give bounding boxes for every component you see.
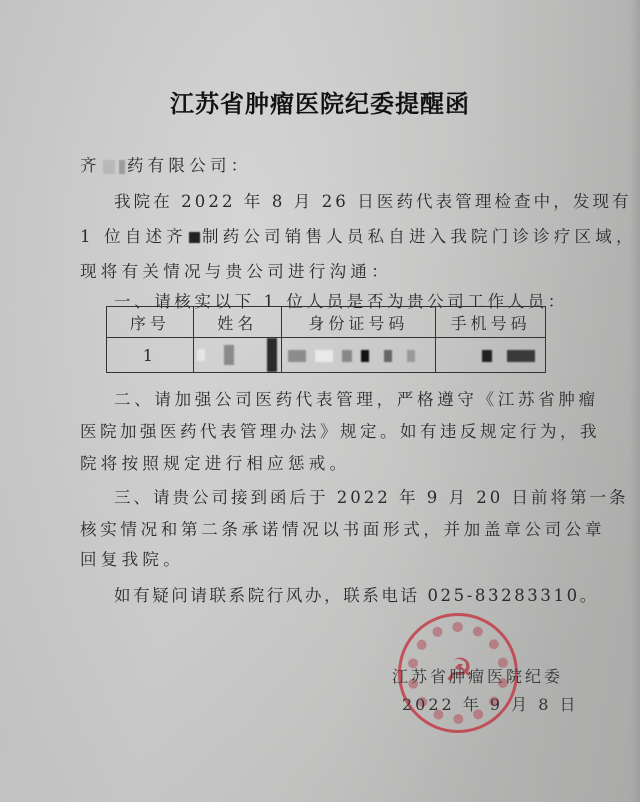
signature-org: 江苏省肿瘤医院纪委 [392, 664, 563, 687]
addressee: 齐药有限公司： [80, 152, 252, 176]
header-id-number: 身份证号码 [281, 307, 436, 338]
personnel-table: 序号 姓名 身份证号码 手机号码 1 [106, 306, 546, 373]
item-2-line-1: 二、请加强公司医药代表管理，严格遵守《江苏省肿瘤 [114, 386, 599, 410]
item-3-line-1: 三、请贵公司接到函后于 2022 年 9 月 20 日前将第一条 [114, 484, 628, 508]
redacted-company-name-2 [119, 160, 125, 174]
item-3-line-3: 回复我院。 [80, 546, 184, 570]
paragraph-1-line-3: 现将有关情况与贵公司进行沟通： [80, 258, 392, 282]
document-title: 江苏省肿瘤医院纪委提醒函 [0, 84, 640, 119]
cell-index: 1 [107, 338, 194, 373]
item-3-line-2: 核实情况和第二条承诺情况以书面形式，并加盖章公司公章 [80, 516, 605, 540]
p1-line2-end: 制药公司销售人员私自进入我院门诊诊疗区域， [202, 227, 637, 246]
item-2-line-3: 院将按照规定进行相应惩戒。 [80, 450, 350, 474]
header-phone: 手机号码 [436, 307, 546, 338]
table-header-row: 序号 姓名 身份证号码 手机号码 [107, 307, 546, 338]
table-row: 1 [107, 338, 546, 373]
addressee-prefix: 齐 [80, 156, 101, 175]
signature-date: 2022 年 9 月 8 日 [402, 692, 579, 715]
paragraph-1-line-2: 1 位自述齐制药公司销售人员私自进入我院门诊诊疗区域， [80, 223, 637, 247]
redacted-company-name-3 [189, 232, 200, 243]
item-2-line-2: 医院加强医药代表管理办法》规定。如有违反规定行为，我 [80, 418, 600, 442]
addressee-suffix: 药有限公司： [127, 156, 252, 175]
p1-line2-start: 1 位自述齐 [80, 227, 187, 246]
cell-id-redacted [281, 338, 436, 373]
paragraph-1-line-1: 我院在 2022 年 8 月 26 日医药代表管理检查中，发现有 [114, 188, 632, 212]
paper-edge-shadow [630, 0, 640, 802]
header-name: 姓名 [193, 307, 281, 338]
header-index: 序号 [107, 307, 194, 338]
redacted-company-name [103, 160, 115, 174]
contact-line: 如有疑问请联系院行风办，联系电话 025-83283310。 [114, 582, 599, 606]
cell-phone-redacted [436, 338, 546, 373]
cell-name-redacted [193, 338, 281, 373]
